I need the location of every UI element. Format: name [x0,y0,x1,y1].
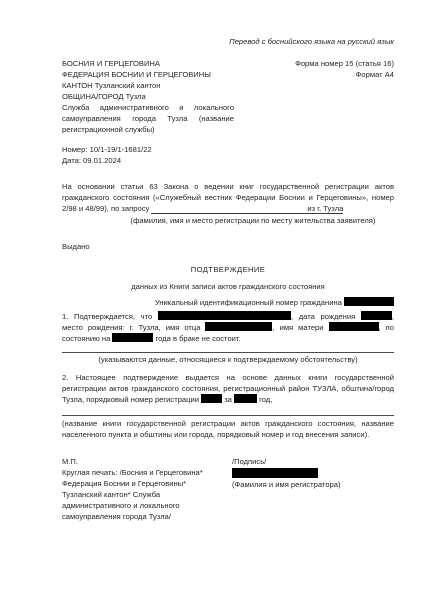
header-canton: КАНТОН Тузланский кантон [62,80,234,91]
uin-label: Уникальный идентификационный номер гражд… [155,298,342,307]
registration-number-redacted-bar [201,394,222,403]
signature-block: /Подпись/ (Фамилия и имя регистратора) [232,456,341,522]
header-service: Служба административного и локального са… [62,102,234,135]
stamp-description-line: административного и локального [62,500,232,511]
divider-line-2 [62,415,394,416]
uin-redacted-bar [344,297,394,306]
item1-seg1: 1. Подтверждается, что [62,312,158,321]
item2-seg2: за [222,395,234,404]
uin-line: Уникальный идентификационный номер гражд… [62,297,394,308]
issuer-block: БОСНИЯ И ГЕРЦЕГОВИНА ФЕДЕРАЦИЯ БОСНИИ И … [62,58,234,135]
citizen-name-redacted-bar [158,311,291,320]
header-federation: ФЕДЕРАЦИЯ БОСНИИ И ГЕРЦЕГОВИНЫ [62,69,234,80]
divider-line-1 [62,352,394,353]
item1-caption: (указываются данные, относящиеся к подтв… [62,354,394,365]
stamp-description-line: Круглая печать: /Босния и Герцеговина* [62,467,232,478]
intro-caption: (фамилия, имя и место регистрации по мес… [62,215,394,226]
item2-paragraph: 2. Настоящее подтверждение выдается на о… [62,372,394,405]
stamp-abbreviation: М.П. [62,456,232,467]
registration-year-redacted-bar [234,394,257,403]
form-number: Форма номер 15 (статья 16) [295,58,394,69]
signature-label: /Подпись/ [232,456,341,467]
header-municipality: ОБЩИНА/ГОРОД Тузла [62,91,234,102]
applicant-blank-line: из г. Тузла [151,204,343,214]
applicant-city: из г. Тузла [307,204,343,213]
document-title: ПОДТВЕРЖДЕНИЕ [62,264,394,275]
father-name-redacted-bar [205,322,272,331]
document-date: Дата: 09.01.2024 [62,155,394,166]
item1-seg6: года в браке не состоит. [153,334,240,343]
form-info-block: Форма номер 15 (статья 16) Формат А4 [295,58,394,135]
document-number: Номер: 10/1-19/1-1681/22 [62,144,394,155]
translation-note: Перевод с боснийского языка на русский я… [62,36,394,47]
stamp-description-line: самоуправления города Тузла/ [62,511,232,522]
mother-name-redacted-bar [329,322,379,331]
item2-caption: (название книги государственной регистра… [62,418,394,440]
signature-section: М.П. Круглая печать: /Босния и Герцегови… [62,456,394,522]
reference-block: Номер: 10/1-19/1-1681/22 Дата: 09.01.202… [62,144,394,166]
item1-paragraph: 1. Подтверждается, что , дата рождения ,… [62,311,394,344]
registrar-name-redacted-bar [232,468,318,478]
document-subtitle: данных из Книги записи актов гражданског… [62,281,394,292]
header-country: БОСНИЯ И ГЕРЦЕГОВИНА [62,58,234,69]
document-page: Перевод с боснийского языка на русский я… [0,0,424,600]
birthdate-redacted-bar [361,311,392,320]
document-header: БОСНИЯ И ГЕРЦЕГОВИНА ФЕДЕРАЦИЯ БОСНИИ И … [62,58,394,135]
intro-paragraph: На основании статьи 63 Закона о ведении … [62,181,394,214]
stamp-block: М.П. Круглая печать: /Босния и Герцегови… [62,456,232,522]
item1-seg4: , имя матери [272,323,328,332]
stamp-description-line: Федерация Боснии и Герцеговины* [62,478,232,489]
item1-seg2: , дата рождения [291,312,361,321]
form-format: Формат А4 [295,69,394,80]
issued-label: Выдано [62,241,394,252]
signature-caption: (Фамилия и имя регистратора) [232,479,341,490]
stamp-description-line: Тузланский кантон* Служба [62,489,232,500]
status-date-redacted-bar [112,333,153,342]
item2-seg3: год, [257,395,272,404]
